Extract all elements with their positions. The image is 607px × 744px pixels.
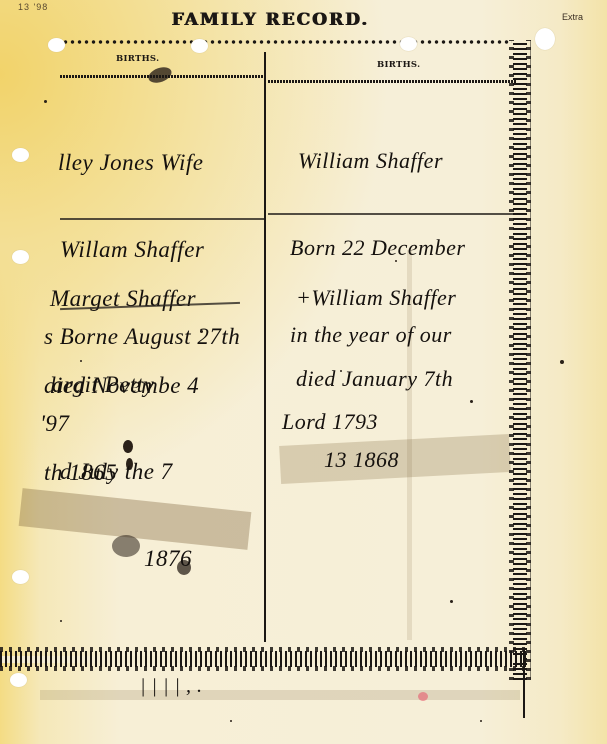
right-entry-2: +William Shaffer died January 7th 13 186… — [296, 230, 456, 500]
red-spot — [418, 692, 428, 701]
punch-hole — [400, 37, 417, 51]
entry-line: died January 7th — [296, 365, 456, 392]
left-entry-3: argit Petty d July the 7 1876 — [52, 312, 192, 602]
pencil-note: 13 '98 — [18, 2, 48, 12]
punch-hole — [191, 39, 208, 53]
header-dotted-rule — [62, 40, 512, 44]
entry-line: +William Shaffer — [296, 284, 456, 311]
ornamental-border-right — [513, 40, 527, 680]
punch-hole — [12, 570, 29, 584]
outer-frame-line — [523, 648, 525, 718]
punch-hole — [10, 673, 27, 687]
punch-hole — [535, 28, 555, 50]
entry-divider — [60, 218, 264, 220]
outer-frame-line — [530, 40, 531, 680]
entry-line: 1876 — [144, 544, 192, 573]
punch-hole — [12, 250, 29, 264]
entry-line: lley Jones Wife — [58, 148, 240, 177]
left-header-rule — [60, 75, 264, 78]
bottom-marks: ||||,. — [140, 672, 208, 701]
column-divider — [264, 52, 266, 642]
right-column-header: BIRTHS. — [377, 60, 420, 70]
entry-line: William Shaffer — [298, 146, 465, 175]
entry-line: d July the 7 — [60, 457, 192, 486]
punch-hole — [12, 148, 29, 162]
corner-note: Extra — [562, 12, 583, 22]
punch-hole — [48, 38, 65, 52]
left-column-header: BIRTHS. — [116, 54, 159, 64]
ornamental-border-bottom — [0, 651, 526, 667]
right-header-rule — [268, 80, 516, 83]
water-stain — [40, 690, 520, 700]
entry-line: 13 1868 — [324, 446, 456, 473]
page-title: FAMILY RECORD. — [150, 10, 390, 30]
entry-divider — [268, 213, 513, 215]
entry-line: argit Petty — [52, 370, 192, 399]
